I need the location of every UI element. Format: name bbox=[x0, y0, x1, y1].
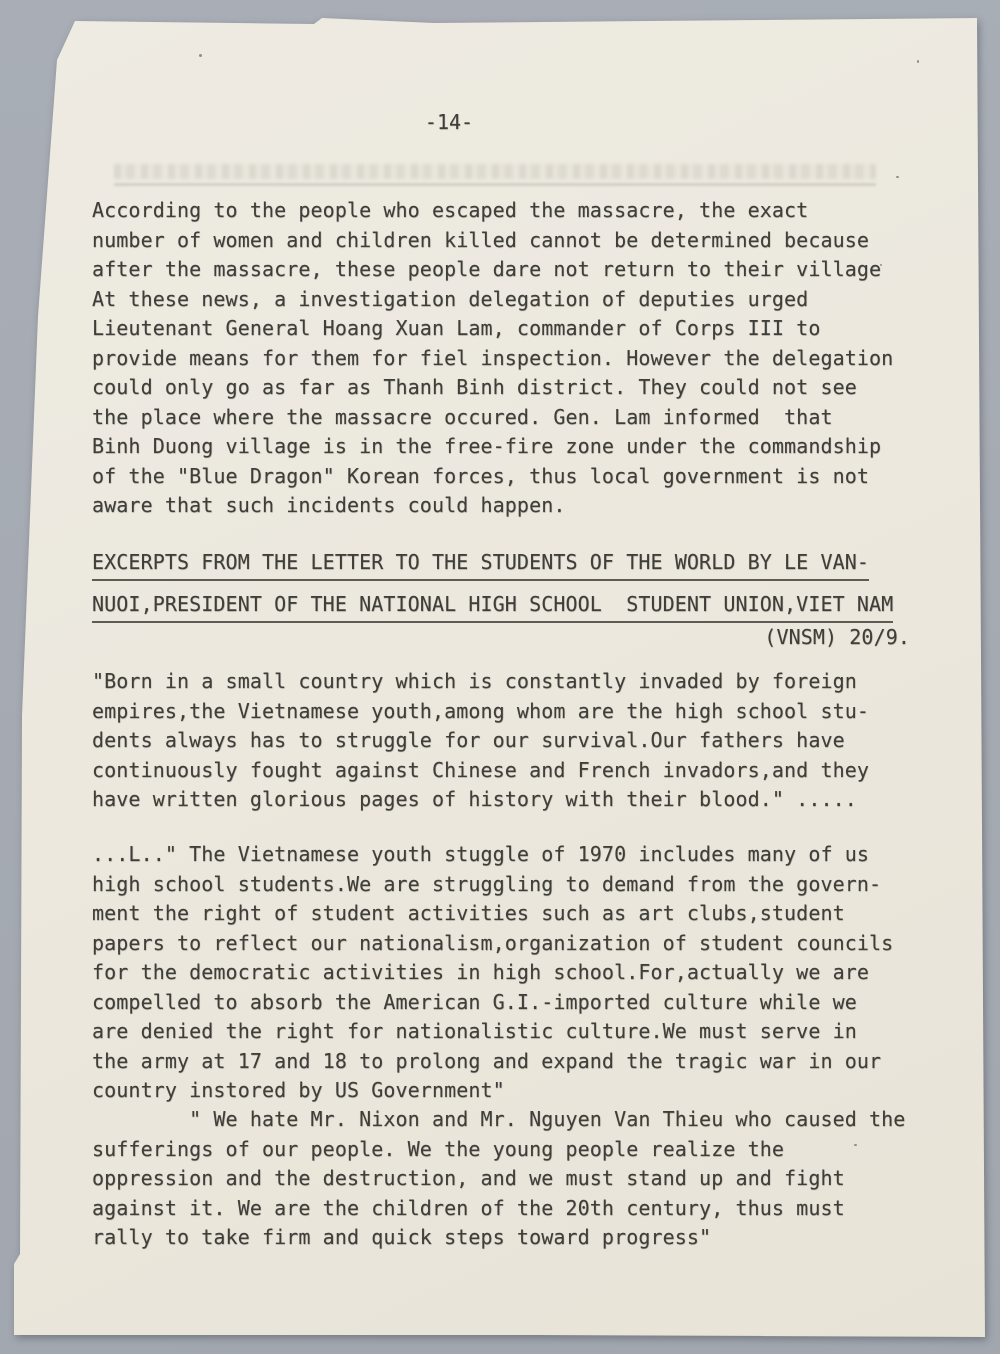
paper-speck bbox=[199, 54, 202, 57]
text-line: aware that such incidents could happen. bbox=[92, 491, 922, 521]
text-line: According to the people who escaped the … bbox=[92, 196, 922, 226]
text-line: the place where the massacre occured. Ge… bbox=[92, 403, 922, 433]
paper-speck bbox=[854, 1144, 857, 1146]
paper-sheet: -14- According to the people who escaped… bbox=[14, 16, 988, 1340]
quote-paragraph-youth-struggle: ...L.." The Vietnamese youth stuggle of … bbox=[92, 840, 922, 1106]
text-line: could only go as far as Thanh Binh distr… bbox=[92, 373, 922, 403]
document-scan: -14- According to the people who escaped… bbox=[0, 0, 1000, 1354]
text-line: the army at 17 and 18 to prolong and exp… bbox=[92, 1047, 922, 1077]
quote-paragraph-born-small-country: "Born in a small country which is consta… bbox=[92, 667, 922, 815]
text-line: sufferings of our people. We the young p… bbox=[92, 1135, 922, 1165]
text-line: oppression and the destruction, and we m… bbox=[92, 1164, 922, 1194]
heading-underlined-text: NUOI,PRESIDENT OF THE NATIONAL HIGH SCHO… bbox=[92, 590, 893, 623]
text-line: have written glorious pages of history w… bbox=[92, 785, 922, 815]
ghost-underline bbox=[114, 183, 876, 186]
text-line: compelled to absorb the American G.I.-im… bbox=[92, 988, 922, 1018]
text-line: after the massacre, these people dare no… bbox=[92, 255, 922, 285]
quote-paragraph-we-hate: " We hate Mr. Nixon and Mr. Nguyen Van T… bbox=[92, 1105, 922, 1253]
text-line: "Born in a small country which is consta… bbox=[92, 667, 922, 697]
text-line: provide means for them for fiel inspecti… bbox=[92, 344, 922, 374]
text-line: against it. We are the children of the 2… bbox=[92, 1194, 922, 1224]
text-line: high school students.We are struggling t… bbox=[92, 870, 922, 900]
heading-underlined-text: EXCERPTS FROM THE LETTER TO THE STUDENTS… bbox=[92, 548, 869, 581]
paper-speck bbox=[880, 264, 882, 266]
text-line: continuously fought against Chinese and … bbox=[92, 756, 922, 786]
ghost-text-smudge bbox=[114, 164, 876, 179]
text-line: number of women and children killed cann… bbox=[92, 226, 922, 256]
text-line: country instored by US Government" bbox=[92, 1076, 922, 1106]
text-line: empires,the Vietnamese youth,among whom … bbox=[92, 697, 922, 727]
section-heading-line-1: EXCERPTS FROM THE LETTER TO THE STUDENTS… bbox=[92, 548, 869, 581]
text-line: Binh Duong village is in the free-fire z… bbox=[92, 432, 922, 462]
text-line: for the democratic activities in high sc… bbox=[92, 958, 922, 988]
paper-speck bbox=[917, 60, 919, 63]
bleed-through-ghost-line bbox=[114, 164, 876, 190]
text-line: dents always has to struggle for our sur… bbox=[92, 726, 922, 756]
text-line: ment the right of student activities suc… bbox=[92, 899, 922, 929]
text-line: of the "Blue Dragon" Korean forces, thus… bbox=[92, 462, 922, 492]
source-attribution: (VNSM) 20/9. bbox=[92, 623, 910, 653]
text-line: rally to take firm and quick steps towar… bbox=[92, 1223, 922, 1253]
text-line: At these news, a investigation delegatio… bbox=[92, 285, 922, 315]
text-line: ...L.." The Vietnamese youth stuggle of … bbox=[92, 840, 922, 870]
text-line: papers to reflect our nationalism,organi… bbox=[92, 929, 922, 959]
text-line: are denied the right for nationalistic c… bbox=[92, 1017, 922, 1047]
paper-speck bbox=[896, 176, 899, 178]
text-line: Lieutenant General Hoang Xuan Lam, comma… bbox=[92, 314, 922, 344]
text-line: " We hate Mr. Nixon and Mr. Nguyen Van T… bbox=[92, 1105, 922, 1135]
section-heading-line-2: NUOI,PRESIDENT OF THE NATIONAL HIGH SCHO… bbox=[92, 590, 893, 623]
paragraph-massacre-report: According to the people who escaped the … bbox=[92, 196, 922, 521]
page-number: -14- bbox=[364, 110, 534, 134]
